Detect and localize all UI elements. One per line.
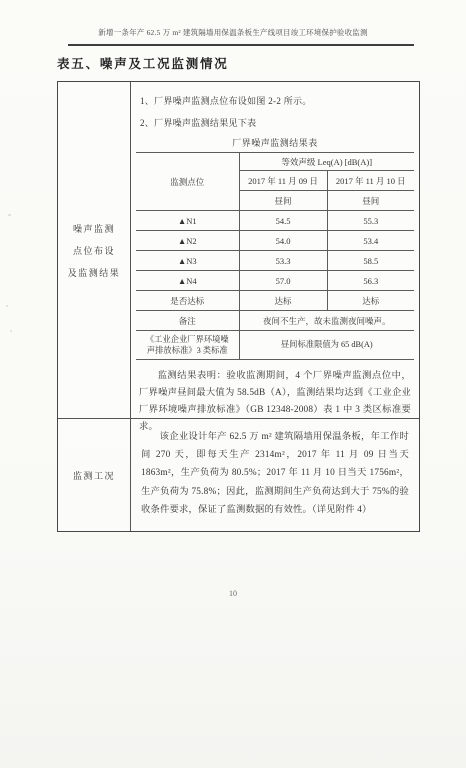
row-label-condition: 监测工况 [58, 419, 131, 531]
header-divider [68, 44, 414, 46]
table-row-standard: 《工业企业厂界环境噪 声排放标准》3 类标准 昼间标准限值为 65 dB(A) [136, 331, 414, 360]
table-row-n4: ▲N4 57.0 56.3 [136, 271, 414, 291]
noise-content-cell: 1、厂界噪声监测点位布设如图 2-2 所示。 2、厂界噪声监测结果见下表 厂界噪… [131, 82, 419, 418]
main-table: 噪声监测 点位布设 及监测结果 1、厂界噪声监测点位布设如图 2-2 所示。 2… [57, 81, 420, 532]
scan-speck [6, 305, 8, 307]
row-label-noise: 噪声监测 点位布设 及监测结果 [58, 82, 131, 418]
n4-day1-value: 57.0 [239, 271, 327, 291]
remark-value-cell: 夜间不生产，故未监测夜间噪声。 [239, 311, 414, 331]
compliance-day2-cell: 达标 [327, 291, 414, 311]
document-page: 新增一条年产 62.5 万 m² 建筑隔墙用保温条板生产线项目竣工环境保护验收监… [0, 0, 466, 768]
running-header: 新增一条年产 62.5 万 m² 建筑隔墙用保温条板生产线项目竣工环境保护验收监… [40, 27, 426, 38]
n2-day2-value: 53.4 [327, 231, 414, 251]
n1-day1-value: 54.5 [239, 211, 327, 231]
noise-monitoring-row: 噪声监测 点位布设 及监测结果 1、厂界噪声监测点位布设如图 2-2 所示。 2… [58, 82, 419, 419]
row-label-noise-line3: 及监测结果 [68, 266, 121, 279]
noise-item-2: 2、厂界噪声监测结果见下表 [131, 116, 419, 129]
scan-speck [8, 214, 11, 216]
period2-cell: 昼间 [327, 191, 414, 211]
point-header-cell: 监测点位 [136, 153, 239, 211]
n3-day2-value: 58.5 [327, 251, 414, 271]
n2-day1-value: 54.0 [239, 231, 327, 251]
point-n2-cell: ▲N2 [136, 231, 239, 251]
compliance-day1-cell: 达标 [239, 291, 327, 311]
standard-label-cell: 《工业企业厂界环境噪 声排放标准》3 类标准 [136, 331, 239, 360]
table-row-n2: ▲N2 54.0 53.4 [136, 231, 414, 251]
table-row-leq-header: 监测点位 等效声级 Leq(A) [dB(A)] [136, 153, 414, 171]
row-label-noise-line1: 噪声监测 [73, 222, 115, 235]
noise-table-title: 厂界噪声监测结果表 [131, 136, 419, 149]
leq-header-cell: 等效声级 Leq(A) [dB(A)] [239, 153, 414, 171]
table-row-n1: ▲N1 54.5 55.3 [136, 211, 414, 231]
standard-label-line1: 《工业企业厂界环境噪 [140, 334, 235, 346]
section-title: 表五、噪声及工况监测情况 [57, 54, 229, 72]
table-row-compliance: 是否达标 达标 达标 [136, 291, 414, 311]
condition-content-cell: 该企业设计年产 62.5 万 m² 建筑隔墙用保温条板，年工作时间 270 天，… [131, 419, 419, 531]
point-n1-cell: ▲N1 [136, 211, 239, 231]
date2-cell: 2017 年 11 月 10 日 [327, 171, 414, 191]
page-number: 10 [0, 589, 466, 598]
noise-item-1: 1、厂界噪声监测点位布设如图 2-2 所示。 [131, 94, 419, 107]
condition-paragraph: 该企业设计年产 62.5 万 m² 建筑隔墙用保温条板，年工作时间 270 天，… [141, 428, 409, 519]
point-n4-cell: ▲N4 [136, 271, 239, 291]
remark-label-cell: 备注 [136, 311, 239, 331]
table-row-n3: ▲N3 53.3 58.5 [136, 251, 414, 271]
row-label-noise-line2: 点位布设 [73, 244, 115, 257]
n4-day2-value: 56.3 [327, 271, 414, 291]
working-condition-row: 监测工况 该企业设计年产 62.5 万 m² 建筑隔墙用保温条板，年工作时间 2… [58, 419, 419, 531]
compliance-label-cell: 是否达标 [136, 291, 239, 311]
point-n3-cell: ▲N3 [136, 251, 239, 271]
date1-cell: 2017 年 11 月 09 日 [239, 171, 327, 191]
scan-speck [10, 330, 12, 332]
n3-day1-value: 53.3 [239, 251, 327, 271]
period1-cell: 昼间 [239, 191, 327, 211]
standard-label-line2: 声排放标准》3 类标准 [140, 345, 235, 357]
table-row-remark: 备注 夜间不生产，故未监测夜间噪声。 [136, 311, 414, 331]
noise-results-table: 监测点位 等效声级 Leq(A) [dB(A)] 2017 年 11 月 09 … [136, 152, 414, 360]
n1-day2-value: 55.3 [327, 211, 414, 231]
standard-value-cell: 昼间标准限值为 65 dB(A) [239, 331, 414, 360]
